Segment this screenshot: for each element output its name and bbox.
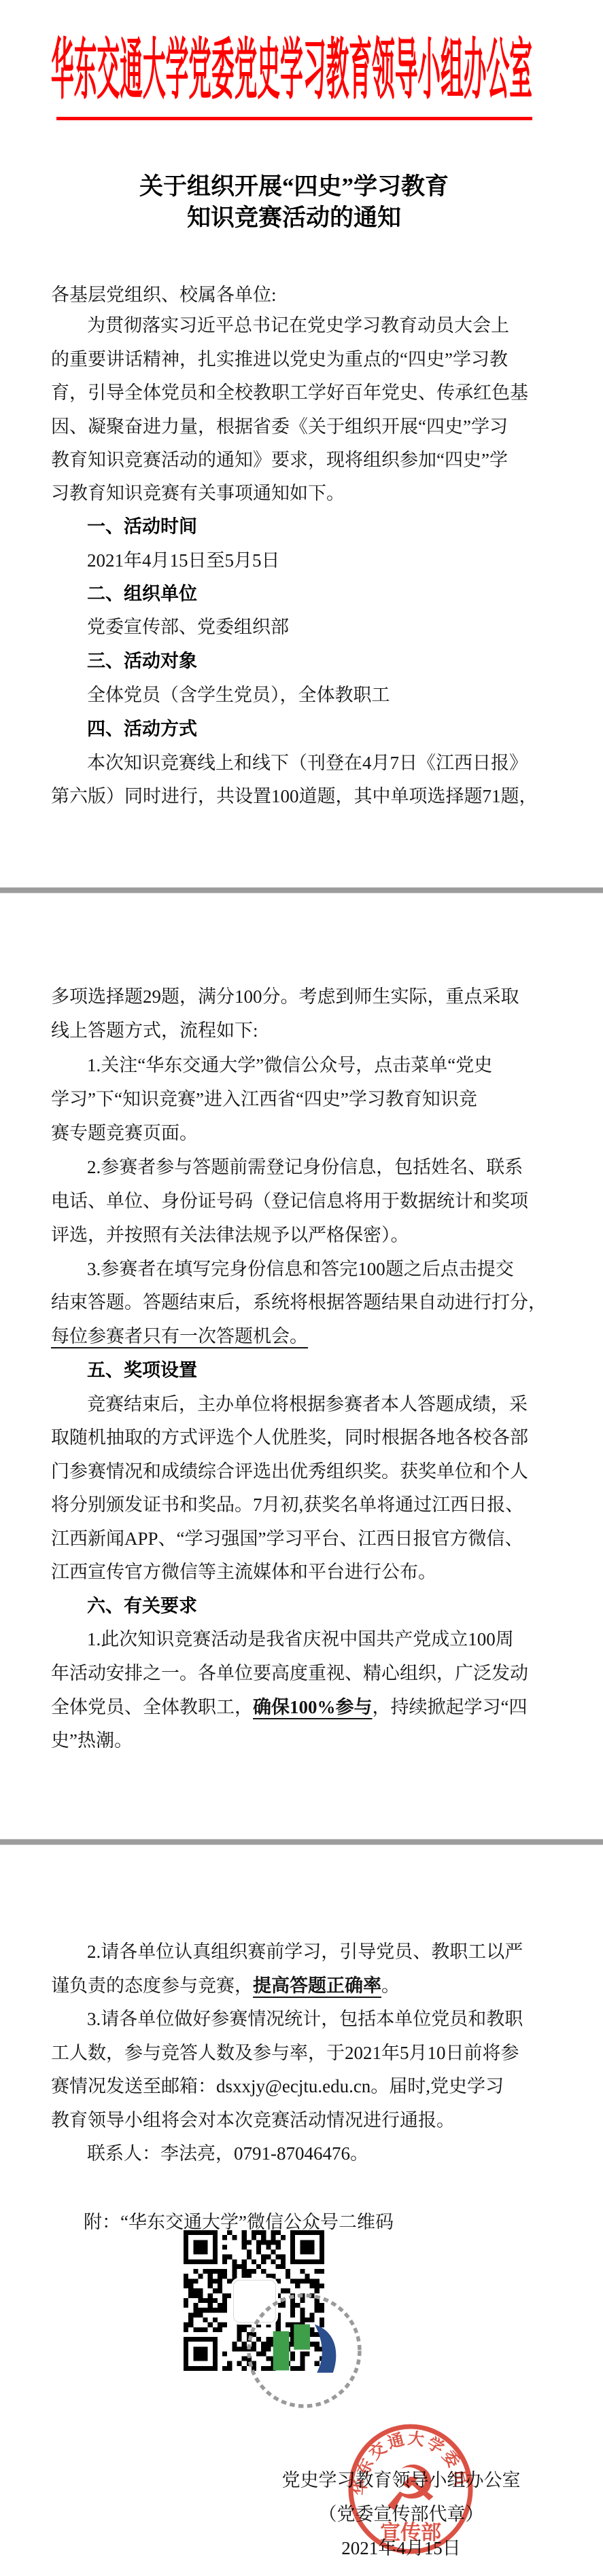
section-heading: 二、组织单位 [87,582,197,605]
body-line: 党委宣传部、党委组织部 [87,615,289,639]
body-line: 赛情况发送至邮箱：dsxxjy@ecjtu.edu.cn。届时,党史学习 [51,2075,504,2098]
section-heading: 四、活动方式 [87,717,197,740]
body-line: 门参赛情况和成绩综合评选出优秀组织奖。获奖单位和个人 [51,1460,528,1483]
text-segment: ，持续掀起学习“四 [373,1697,528,1717]
body-line: 取随机抽取的方式评选个人优胜奖，同时根据各地各校各部 [51,1426,528,1449]
body-line: 结束答题。答题结束后，系统将根据答题结果自动进行打分， [51,1291,547,1314]
text-segment: 。 [381,1975,400,1996]
qr-center-logo [233,2280,276,2323]
body-line: 1.此次知识竞赛活动是我省庆祝中国共产党成立100周 [87,1628,514,1651]
body-line: 3.参赛者在填写完身份信息和答完100题之后点击提交 [87,1257,514,1281]
official-seal: 华东交通大学委员会 ☭ 宣传部 [346,2422,475,2556]
seal-bottom-text: 宣传部 [380,2522,441,2544]
section-heading: 五、奖项设置 [87,1359,197,1382]
university-logo-icon [234,2280,375,2421]
page-divider [0,1839,603,1845]
body-line: 全体党员、全体教职工，确保100%参与，持续掀起学习“四 [51,1696,527,1719]
body-line: 教育领导小组将会对本次竞赛活动情况进行通报。 [51,2109,455,2132]
letterhead-text: 华东交通大学党委党史学习教育领导小组办公室 [51,34,532,105]
body-line: 谨负责的态度参与竞赛，提高答题正确率。 [51,1974,400,1997]
body-line: 学习”下“知识竞赛”进入江西省“四史”学习教育知识竞 [51,1088,477,1111]
body-line: 各基层党组织、校属各单位: [51,283,277,306]
body-line: 为贯彻落实习近平总书记在党史学习教育动员大会上 [87,314,509,337]
body-line: 本次知识竞赛线上和线下（刊登在4月7日《江西日报》 [87,751,528,774]
body-line: 1.关注“华东交通大学”微信公众号，点击菜单“党史 [87,1054,492,1077]
hammer-sickle-icon: ☭ [383,2452,438,2525]
body-line: 全体党员（含学生党员），全体教职工 [87,683,390,706]
underlined-text: 每位参赛者只有一次答题机会。 [51,1326,308,1346]
body-line: 多项选择题29题，满分100分。考虑到师生实际，重点采取 [51,985,519,1008]
body-line: 教育知识竞赛活动的通知》要求，现将组织参加“四史”学 [51,448,508,471]
body-line-underlined: 每位参赛者只有一次答题机会。 [51,1325,308,1348]
text-segment: 全体党员、全体教职工， [51,1697,253,1717]
section-heading: 六、有关要求 [87,1594,197,1617]
document-title-line2: 知识竞赛活动的通知 [51,202,537,234]
body-line: 因、凝聚奋进力量，根据省委《关于组织开展“四史”学习 [51,415,508,438]
body-line: 江西宣传官方微信等主流媒体和平台进行公布。 [51,1560,436,1584]
body-line: 2.参赛者参与答题前需登记身份信息，包括姓名、联系 [87,1156,523,1179]
body-line: 竞赛结束后，主办单位将根据参赛者本人答题成绩，采 [87,1393,528,1416]
notice-document: { "letterhead": { "org": "华东交通大学党委党史学习教育… [0,0,603,2576]
section-heading: 一、活动时间 [87,515,197,538]
body-line: 史”热潮。 [51,1729,133,1752]
body-line: 第六版）同时进行，共设置100道题，其中单项选择题71题， [51,785,538,808]
body-line: 电话、单位、身份证号码（登记信息将用于数据统计和奖项 [51,1189,528,1213]
body-line: 评选，并按照有关法律法规予以严格保密）。 [51,1223,409,1247]
body-line: 江西新闻APP、“学习强国”学习平台、江西日报官方微信、 [51,1527,523,1550]
emphasized-text: 确保100%参与 [253,1697,373,1717]
body-line: 育，引导全体党员和全校教职工学好百年党史、传承红色基 [51,381,528,404]
body-line: 赛专题竞赛页面。 [51,1122,198,1145]
body-line: 工人数，参与竞答人数及参与率，于2021年5月10日前将参 [51,2041,519,2064]
document-title-line1: 关于组织开展“四史”学习教育 [51,171,537,202]
section-heading: 三、活动对象 [87,649,197,673]
body-line: 2021年4月15日至5月5日 [87,549,280,572]
letterhead-rule [56,117,532,120]
body-line: 将分别颁发证书和奖品。7月初,获奖名单将通过江西日报、 [51,1493,523,1516]
letterhead-org-title: 华东交通大学党委党史学习教育领导小组办公室 [51,27,537,105]
body-line: 3.请各单位做好参赛情况统计，包括本单位党员和教职 [87,2007,523,2031]
contact-line: 联系人：李法亮，0791-87046476。 [87,2142,368,2165]
body-line: 习教育知识竞赛有关事项通知如下。 [51,482,345,505]
body-line: 年活动安排之一。各单位要高度重视、精心组织，广泛发动 [51,1662,528,1685]
body-line: 的重要讲话精神，扎实推进以党史为重点的“四史”学习教 [51,348,508,371]
wechat-qr-code [184,2230,324,2371]
document-title: 关于组织开展“四史”学习教育 知识竞赛活动的通知 [51,171,537,234]
body-line: 2.请各单位认真组织赛前学习，引导党员、教职工以严 [87,1940,523,1963]
emphasized-text: 提高答题正确率 [253,1975,381,1996]
page-divider [0,887,603,893]
body-line: 线上答题方式，流程如下: [51,1019,258,1042]
text-segment: 谨负责的态度参与竞赛， [51,1975,253,1996]
